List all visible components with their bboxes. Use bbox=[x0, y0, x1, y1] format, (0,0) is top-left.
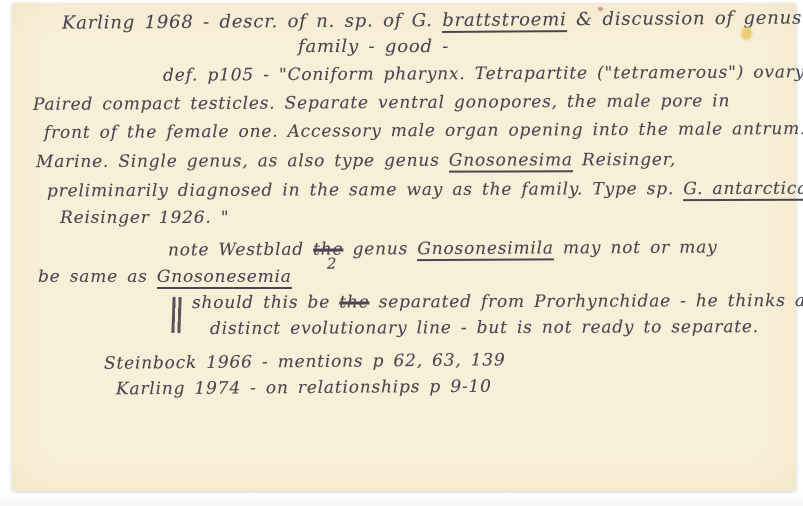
text-segment: separated from Prorhynchidae - he thinks… bbox=[369, 291, 803, 313]
paper-stain bbox=[598, 7, 603, 11]
text-segment: Karling 1968 - descr. of n. sp. of G. bbox=[62, 10, 442, 34]
handwritten-line: Marine. Single genus, as also type genus… bbox=[36, 150, 676, 172]
scan-background: Karling 1968 - descr. of n. sp. of G. br… bbox=[0, 0, 803, 506]
text-segment: note Westblad bbox=[168, 240, 313, 261]
text-segment: def. p105 - "Coniform pharynx. Tetrapart… bbox=[163, 62, 803, 85]
text-segment: Reisinger, bbox=[573, 150, 676, 170]
crossed-out-word: the2 bbox=[313, 240, 343, 260]
handwritten-line: be same as Gnosonesemia bbox=[38, 267, 292, 287]
handwritten-line: Karling 1974 - on relationships p 9-10 bbox=[116, 377, 492, 400]
handwritten-line: Steinbock 1966 - mentions p 62, 63, 139 bbox=[104, 350, 506, 374]
text-segment: & discussion of genus & bbox=[567, 7, 803, 30]
ink-mark bbox=[171, 297, 181, 333]
underlined-genus-name: Gnosonesimila bbox=[417, 238, 554, 261]
text-segment: Reisinger 1926. " bbox=[60, 208, 229, 228]
crossed-out-word: the bbox=[339, 292, 369, 312]
handwritten-line: family - good - bbox=[298, 36, 449, 57]
paper-stain bbox=[741, 27, 752, 40]
text-segment: preliminarily diagnosed in the same way … bbox=[47, 179, 683, 201]
handwritten-line: should this be the separated from Prorhy… bbox=[192, 291, 803, 313]
handwritten-line: Reisinger 1926. " bbox=[60, 208, 229, 228]
text-segment: Karling 1974 - on relationships p 9-10 bbox=[116, 377, 492, 400]
underlined-species-name: brattstroemi bbox=[442, 9, 566, 33]
handwritten-line: distinct evolutionary line - but is not … bbox=[210, 317, 759, 339]
underlined-genus-name: Gnosonesima bbox=[449, 150, 573, 172]
text-segment: Marine. Single genus, as also type genus bbox=[36, 151, 449, 172]
handwritten-line: preliminarily diagnosed in the same way … bbox=[47, 179, 803, 202]
text-segment: genus bbox=[343, 239, 417, 259]
text-segment: Steinbock 1966 - mentions p 62, 63, 139 bbox=[104, 350, 506, 374]
text-segment: be same as bbox=[38, 267, 157, 287]
underlined-species-name: G. antarctica bbox=[683, 179, 803, 201]
text-segment: Paired compact testicles. Separate ventr… bbox=[33, 91, 730, 115]
correction-digit: 2 bbox=[327, 255, 337, 273]
text-segment: distinct evolutionary line - but is not … bbox=[210, 317, 759, 339]
text-segment: family - good - bbox=[298, 36, 449, 57]
handwritten-line: Karling 1968 - descr. of n. sp. of G. br… bbox=[62, 7, 803, 33]
handwritten-line: note Westblad the2 genus Gnosonesimila m… bbox=[168, 238, 718, 261]
underlined-genus-name: Gnosonesemia bbox=[157, 267, 292, 289]
text-segment: may not or may bbox=[554, 238, 718, 259]
index-card: Karling 1968 - descr. of n. sp. of G. br… bbox=[12, 3, 796, 491]
scan-edge-shadow bbox=[0, 492, 803, 506]
text-segment: should this be bbox=[192, 293, 339, 314]
text-segment: front of the female one. Accessory male … bbox=[44, 119, 803, 143]
handwritten-line: Paired compact testicles. Separate ventr… bbox=[33, 91, 730, 115]
handwritten-line: def. p105 - "Coniform pharynx. Tetrapart… bbox=[163, 62, 803, 85]
handwritten-line: front of the female one. Accessory male … bbox=[44, 119, 803, 143]
